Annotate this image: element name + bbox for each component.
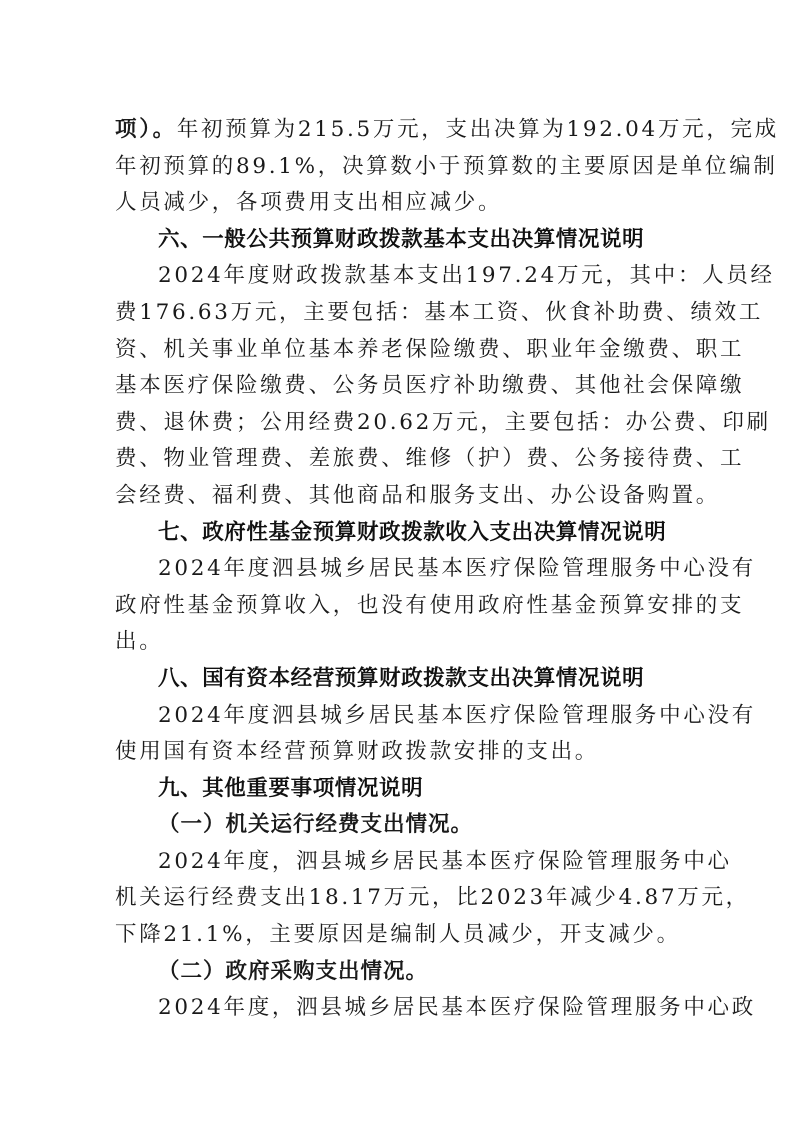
text-line: 2024年度，泗县城乡居民基本医疗保险管理服务中心	[115, 844, 679, 881]
text-line: 2024年度财政拨款基本支出197.24万元，其中：人员经	[115, 258, 679, 295]
text-line: 机关运行经费支出18.17万元，比2023年减少4.87万元，	[115, 880, 679, 917]
text-line: 2024年度泗县城乡居民基本医疗保险管理服务中心没有	[115, 698, 679, 735]
subsection-heading-2: （二）政府采购支出情况。	[115, 954, 679, 991]
text-line: 费176.63万元，主要包括：基本工资、伙食补助费、绩效工	[115, 295, 679, 332]
subsection-heading-1: （一）机关运行经费支出情况。	[115, 807, 679, 844]
text-line: 下降21.1%，主要原因是编制人员减少，开支减少。	[115, 917, 679, 954]
text-line: 基本医疗保险缴费、公务员医疗补助缴费、其他社会保障缴	[115, 368, 679, 405]
section-heading-7: 七、政府性基金预算财政拨款收入支出决算情况说明	[115, 515, 679, 552]
text-line: 费、退休费；公用经费20.62万元，主要包括：办公费、印刷	[115, 405, 679, 442]
section-heading-6: 六、一般公共预算财政拨款基本支出决算情况说明	[115, 222, 679, 259]
text-line: 使用国有资本经营预算财政拨款安排的支出。	[115, 734, 679, 771]
text-line: 会经费、福利费、其他商品和服务支出、办公设备购置。	[115, 478, 679, 515]
text-line: 政府性基金预算收入，也没有使用政府性基金预算安排的支	[115, 588, 679, 625]
text-line: 2024年度泗县城乡居民基本医疗保险管理服务中心没有	[115, 551, 679, 588]
text-line: 项）。年初预算为215.5万元，支出决算为192.04万元，完成	[115, 112, 679, 149]
text-line: 人员减少，各项费用支出相应减少。	[115, 185, 679, 222]
text-line: 年初预算的89.1%，决算数小于预算数的主要原因是单位编制	[115, 149, 679, 186]
text-line: 费、物业管理费、差旅费、维修（护）费、公务接待费、工	[115, 441, 679, 478]
section-heading-8: 八、国有资本经营预算财政拨款支出决算情况说明	[115, 661, 679, 698]
text-line: 资、机关事业单位基本养老保险缴费、职业年金缴费、职工	[115, 332, 679, 369]
text-line: 2024年度，泗县城乡居民基本医疗保险管理服务中心政	[115, 990, 679, 1027]
bold-prefix: 项）。	[115, 117, 177, 142]
document-page: 项）。年初预算为215.5万元，支出决算为192.04万元，完成 年初预算的89…	[115, 112, 679, 1027]
text-line: 出。	[115, 624, 679, 661]
section-heading-9: 九、其他重要事项情况说明	[115, 771, 679, 808]
